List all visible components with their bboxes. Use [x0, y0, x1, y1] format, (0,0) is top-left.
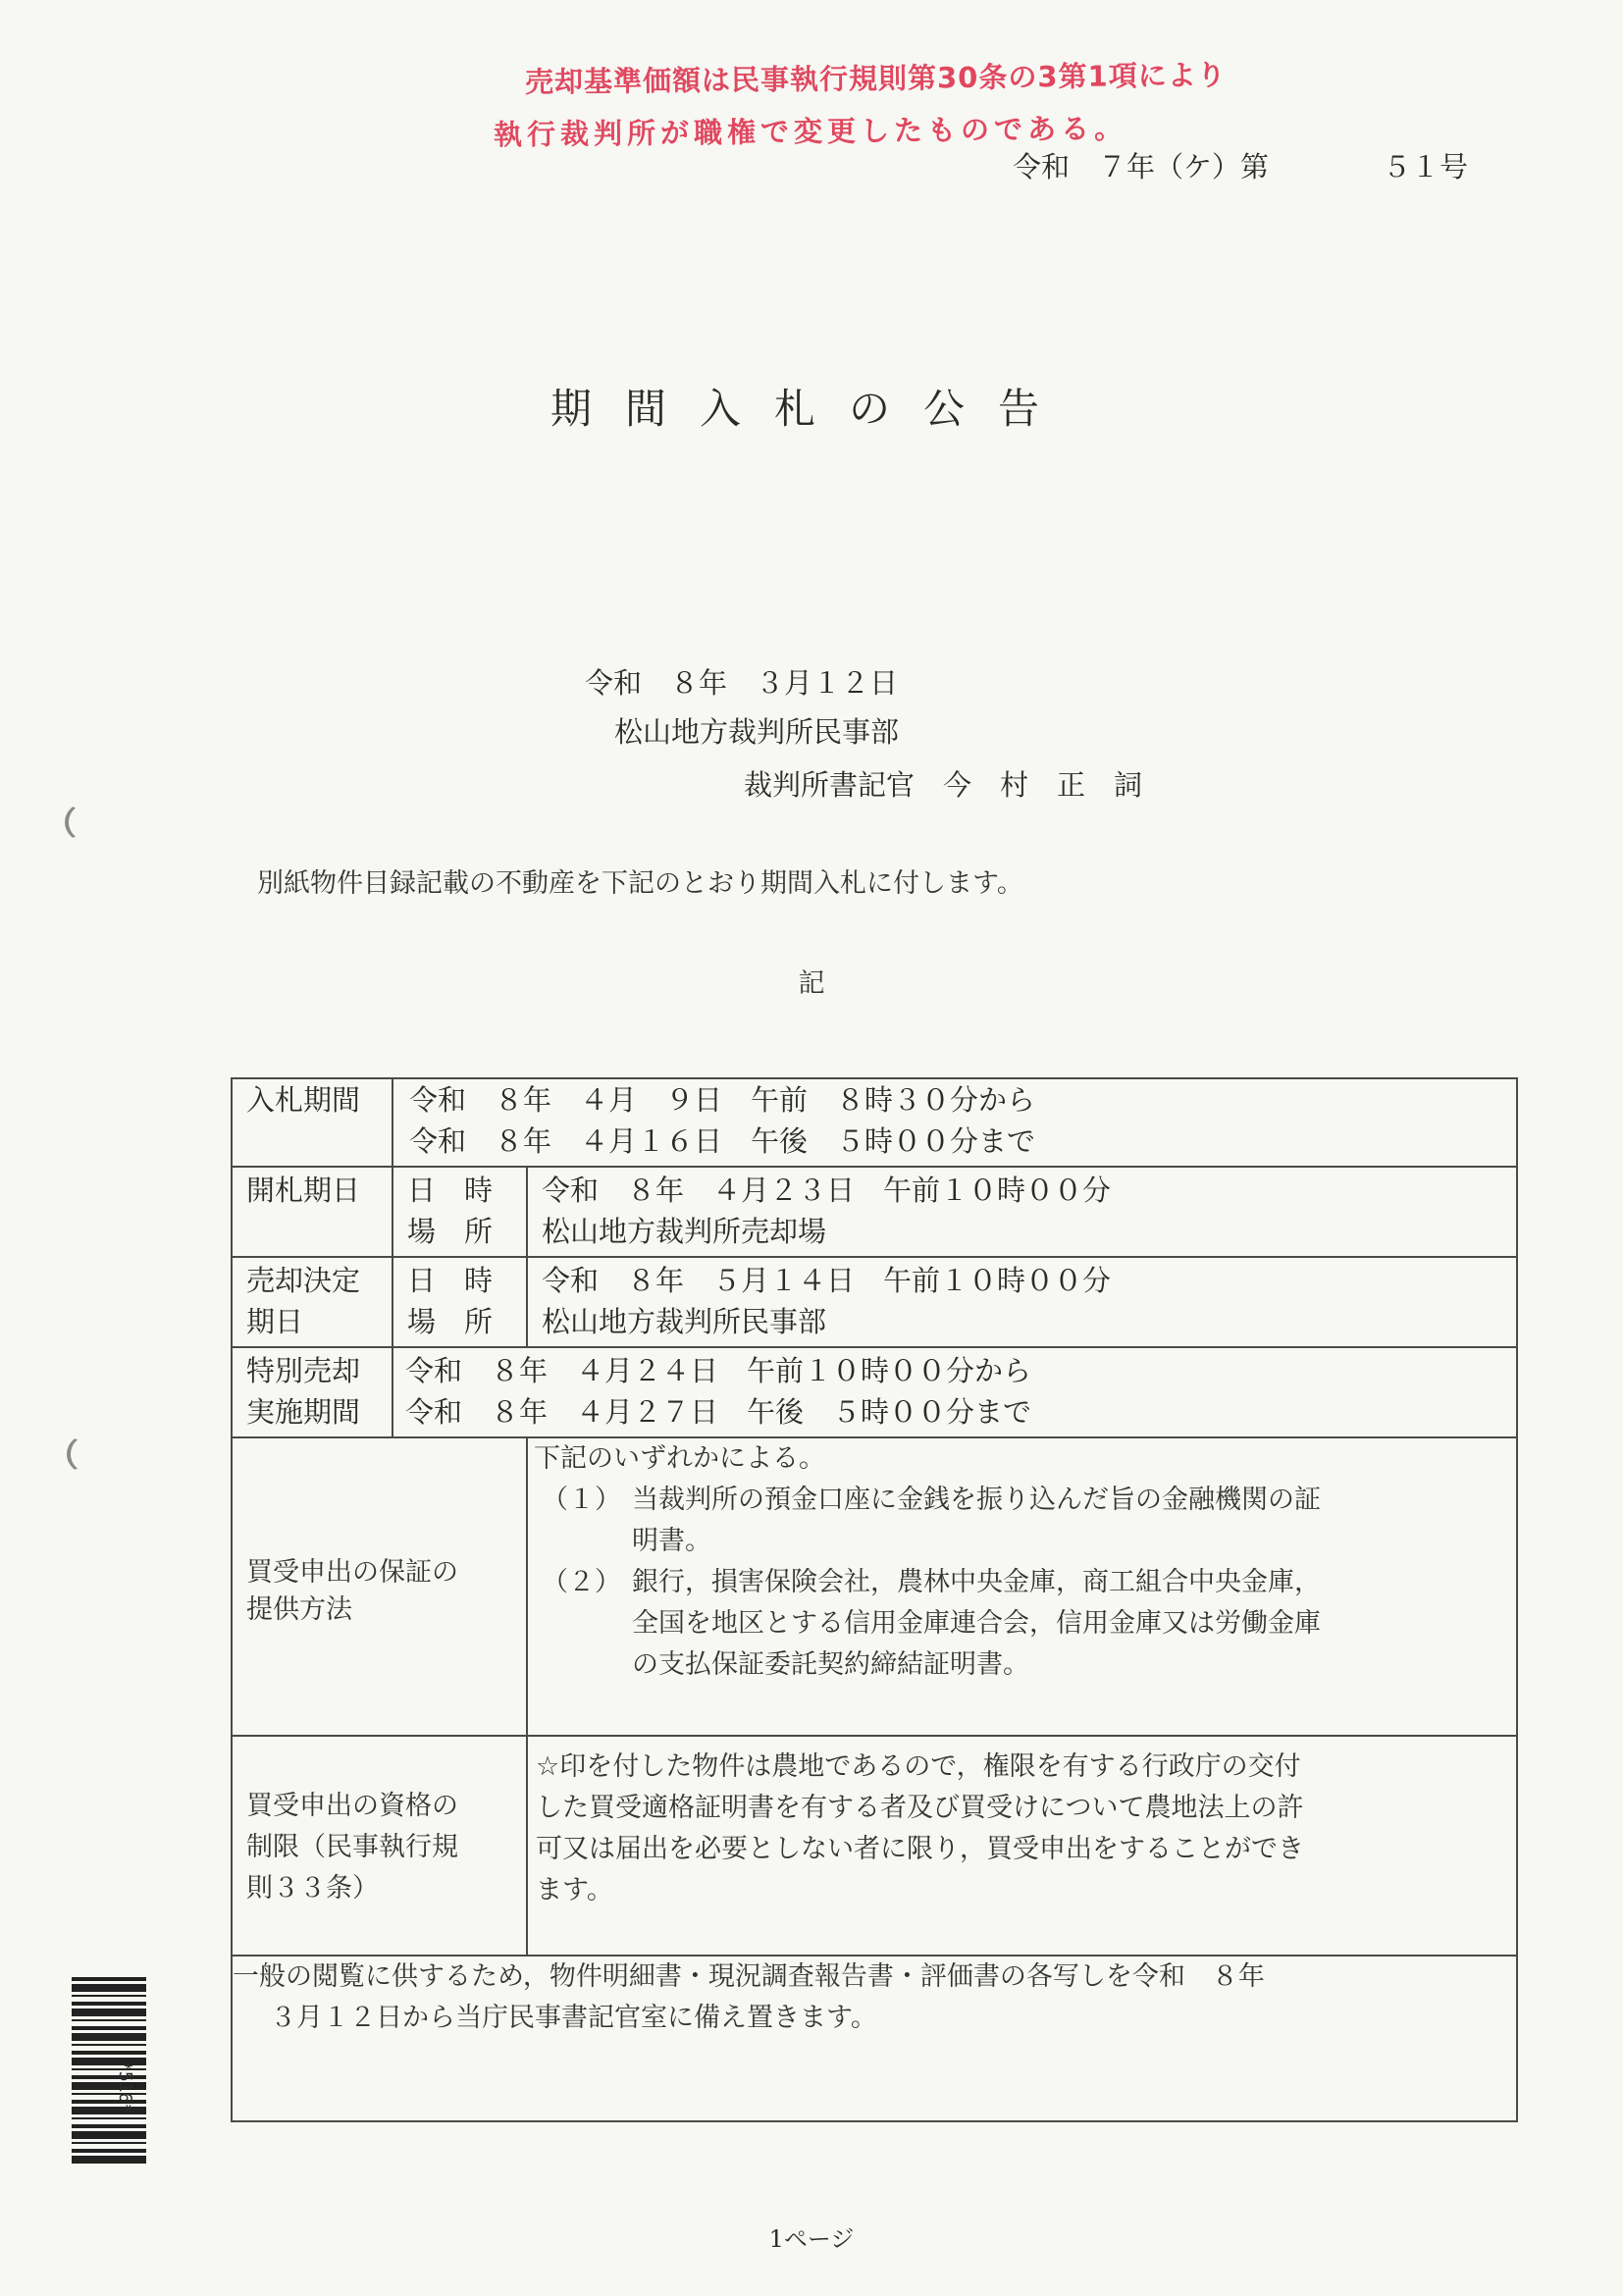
public-inspection-line2: ３月１２日から当庁民事書記官室に備え置きます。 [270, 1998, 877, 2039]
record-mark: 記 [0, 962, 1623, 1000]
guarantee-item2-mark: （２） [542, 1562, 621, 1603]
opening-place: 松山地方裁判所売却場 [542, 1211, 826, 1252]
cell-public-inspection: 一般の閲覧に供するため，物件明細書・現況調査報告書・評価書の各写しを令和 ８年 … [231, 1955, 1518, 2122]
cell-qualification-value: ☆印を付した物件は農地であるので，権限を有する行政庁の交付 した買受適格証明書を… [526, 1735, 1518, 1957]
cell-opening-date-label: 開札期日 [231, 1166, 393, 1258]
guarantee-lead: 下記のいずれかによる。 [534, 1438, 825, 1480]
special-sale-from: 令和 ８年 ４月２４日 午前１０時００分から [405, 1350, 1031, 1391]
punch-hole-icon [65, 803, 106, 842]
page-number: 1ページ [0, 2219, 1623, 2254]
qualification-label-2: 制限（民事執行規 [246, 1827, 458, 1868]
issue-date: 令和 ８年 ３月１２日 [585, 661, 898, 702]
cell-special-sale-value: 令和 ８年 ４月２４日 午前１０時００分から 令和 ８年 ４月２７日 午後 ５時… [392, 1346, 1518, 1438]
qualification-label-1: 買受申出の資格の [246, 1786, 458, 1827]
stamp-line-1: 売却基準価額は民事執行規則第30条の3第1項により [525, 53, 1227, 100]
cell-opening-date-sublabels: 日 時 場 所 [392, 1166, 528, 1258]
opening-place-label: 場 所 [407, 1211, 493, 1252]
bidding-period-from: 令和 ８年 ４月 ９日 午前 ８時３０分から [409, 1079, 1035, 1121]
guarantee-item1-mark: （１） [542, 1480, 621, 1521]
cell-guarantee-value: 下記のいずれかによる。 （１） 当裁判所の預金口座に金銭を振り込んだ旨の金融機関… [526, 1436, 1518, 1737]
guarantee-item2-line2: 全国を地区とする信用金庫連合会，信用金庫又は労働金庫 [632, 1603, 1321, 1644]
punch-hole-icon [67, 1435, 108, 1474]
sale-decision-datetime: 令和 ８年 ５月１４日 午前１０時００分 [542, 1260, 1111, 1301]
bidding-period-label: 入札期間 [246, 1079, 360, 1121]
opening-datetime: 令和 ８年 ４月２３日 午前１０時００分 [542, 1170, 1111, 1211]
case-number: 令和 ７年（ケ）第 ５１号 [1013, 145, 1468, 185]
guarantee-item2-line1: 銀行，損害保険会社，農林中央金庫，商工組合中央金庫， [632, 1562, 1321, 1603]
cell-opening-date-values: 令和 ８年 ４月２３日 午前１０時００分 松山地方裁判所売却場 [526, 1166, 1518, 1258]
auction-terms-table: 入札期間 令和 ８年 ４月 ９日 午前 ８時３０分から 令和 ８年 ４月１６日 … [231, 1077, 1518, 2122]
sale-decision-label-2: 期日 [246, 1301, 303, 1342]
guarantee-label-1: 買受申出の保証の [246, 1552, 458, 1593]
cell-sale-decision-sublabels: 日 時 場 所 [392, 1256, 528, 1348]
special-sale-label-2: 実施期間 [246, 1391, 360, 1433]
special-sale-to: 令和 ８年 ４月２７日 午後 ５時００分まで [405, 1391, 1031, 1433]
cell-special-sale-label: 特別売却 実施期間 [231, 1346, 393, 1438]
sale-decision-label-1: 売却決定 [246, 1260, 360, 1301]
court-clerk: 裁判所書記官 今 村 正 詞 [744, 763, 1142, 804]
special-sale-label-1: 特別売却 [246, 1350, 360, 1391]
cell-sale-decision-values: 令和 ８年 ５月１４日 午前１０時００分 松山地方裁判所民事部 [526, 1256, 1518, 1348]
sale-decision-datetime-label: 日 時 [407, 1260, 493, 1301]
cell-guarantee-label: 買受申出の保証の 提供方法 [231, 1436, 528, 1737]
qualification-line4: ます。 [536, 1870, 613, 1911]
cell-bidding-period-value: 令和 ８年 ４月 ９日 午前 ８時３０分から 令和 ８年 ４月１６日 午後 ５時… [392, 1077, 1518, 1168]
opening-datetime-label: 日 時 [407, 1170, 493, 1211]
barcode-label: *516* [115, 2061, 135, 2113]
qualification-line3: 可又は届出を必要としない者に限り，買受申出をすることができ [536, 1829, 1304, 1870]
sale-decision-place-label: 場 所 [407, 1301, 493, 1342]
cell-sale-decision-label: 売却決定 期日 [231, 1256, 393, 1348]
cell-bidding-period-label: 入札期間 [231, 1077, 393, 1168]
guarantee-item1-line1: 当裁判所の預金口座に金銭を振り込んだ旨の金融機関の証 [632, 1480, 1321, 1521]
guarantee-label-2: 提供方法 [246, 1590, 352, 1631]
page-title: 期間入札の公告 [0, 377, 1623, 436]
public-inspection-line1: 一般の閲覧に供するため，物件明細書・現況調査報告書・評価書の各写しを令和 ８年 [233, 1957, 1265, 1998]
guarantee-item1-line2: 明書。 [632, 1521, 711, 1562]
bidding-period-to: 令和 ８年 ４月１６日 午後 ５時００分まで [409, 1121, 1035, 1162]
issuing-court: 松山地方裁判所民事部 [614, 710, 899, 751]
cell-qualification-label: 買受申出の資格の 制限（民事執行規 則３３条） [231, 1735, 528, 1957]
qualification-line2: した買受適格証明書を有する者及び買受けについて農地法上の許 [536, 1788, 1303, 1829]
guarantee-item2-line3: の支払保証委託契約締結証明書。 [632, 1644, 1029, 1686]
qualification-label-3: 則３３条） [246, 1868, 379, 1909]
intro-text: 別紙物件目録記載の不動産を下記のとおり期間入札に付します。 [257, 861, 1023, 900]
opening-date-label: 開札期日 [246, 1170, 360, 1211]
qualification-line1: ☆印を付した物件は農地であるので，権限を有する行政庁の交付 [536, 1747, 1301, 1788]
sale-decision-place: 松山地方裁判所民事部 [542, 1301, 826, 1342]
